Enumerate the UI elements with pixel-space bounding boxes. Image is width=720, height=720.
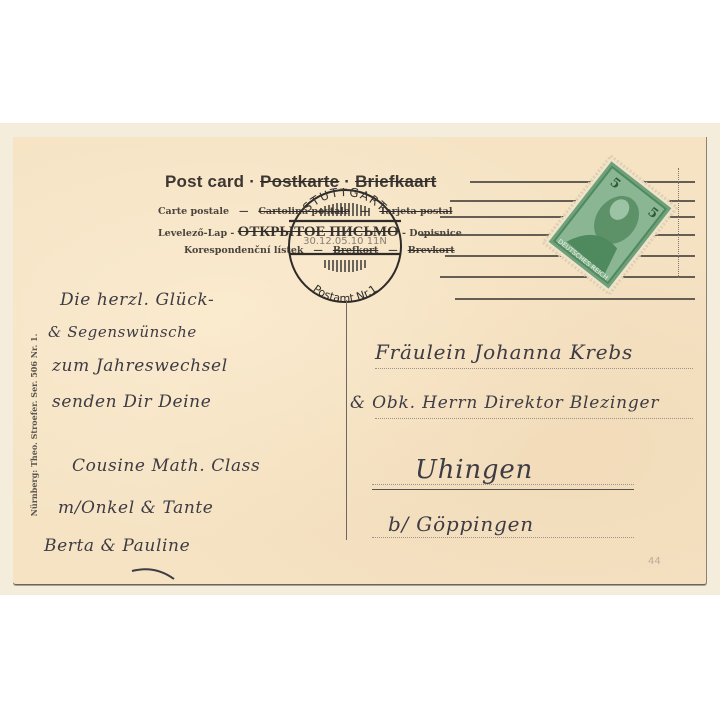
publisher-imprint: Nürnberg: Theo. Stroefer. Ser. 506 Nr. 1… — [29, 334, 39, 517]
message-line: Die herzl. Glück- — [60, 290, 214, 310]
message-line: senden Dir Deine — [52, 392, 211, 412]
address-line: Fräulein Johanna Krebs — [375, 340, 633, 364]
svg-text:Postamt Nr.1: Postamt Nr.1 — [311, 282, 380, 305]
postmark-cancel: STUTTGART 30.12.05.10 11N Postamt Nr.1 — [279, 188, 411, 306]
message-line: Berta & Pauline — [44, 536, 190, 556]
center-divider — [346, 300, 347, 540]
message-line: Cousine Math. Class — [72, 456, 260, 476]
message-line: m/Onkel & Tante — [58, 498, 213, 518]
postmark-office: Postamt Nr.1 — [311, 282, 380, 305]
postage-stamp: 5 5 DEUTSCHES REICH — [540, 155, 680, 295]
address-line: Uhingen — [415, 455, 533, 485]
address-line: & Obk. Herrn Direktor Blezinger — [350, 393, 659, 413]
address-rule — [375, 418, 693, 419]
pencil-mark: 44 — [648, 556, 661, 567]
message-line: & Segenswünsche — [48, 323, 197, 341]
signature-flourish — [130, 565, 180, 583]
address-rule-city — [372, 489, 634, 490]
message-line: zum Jahreswechsel — [52, 356, 228, 376]
postmark-date: 30.12.05.10 11N — [303, 236, 387, 247]
address-rule — [372, 537, 634, 538]
address-line: b/ Göppingen — [388, 512, 534, 536]
address-rule — [375, 368, 693, 369]
